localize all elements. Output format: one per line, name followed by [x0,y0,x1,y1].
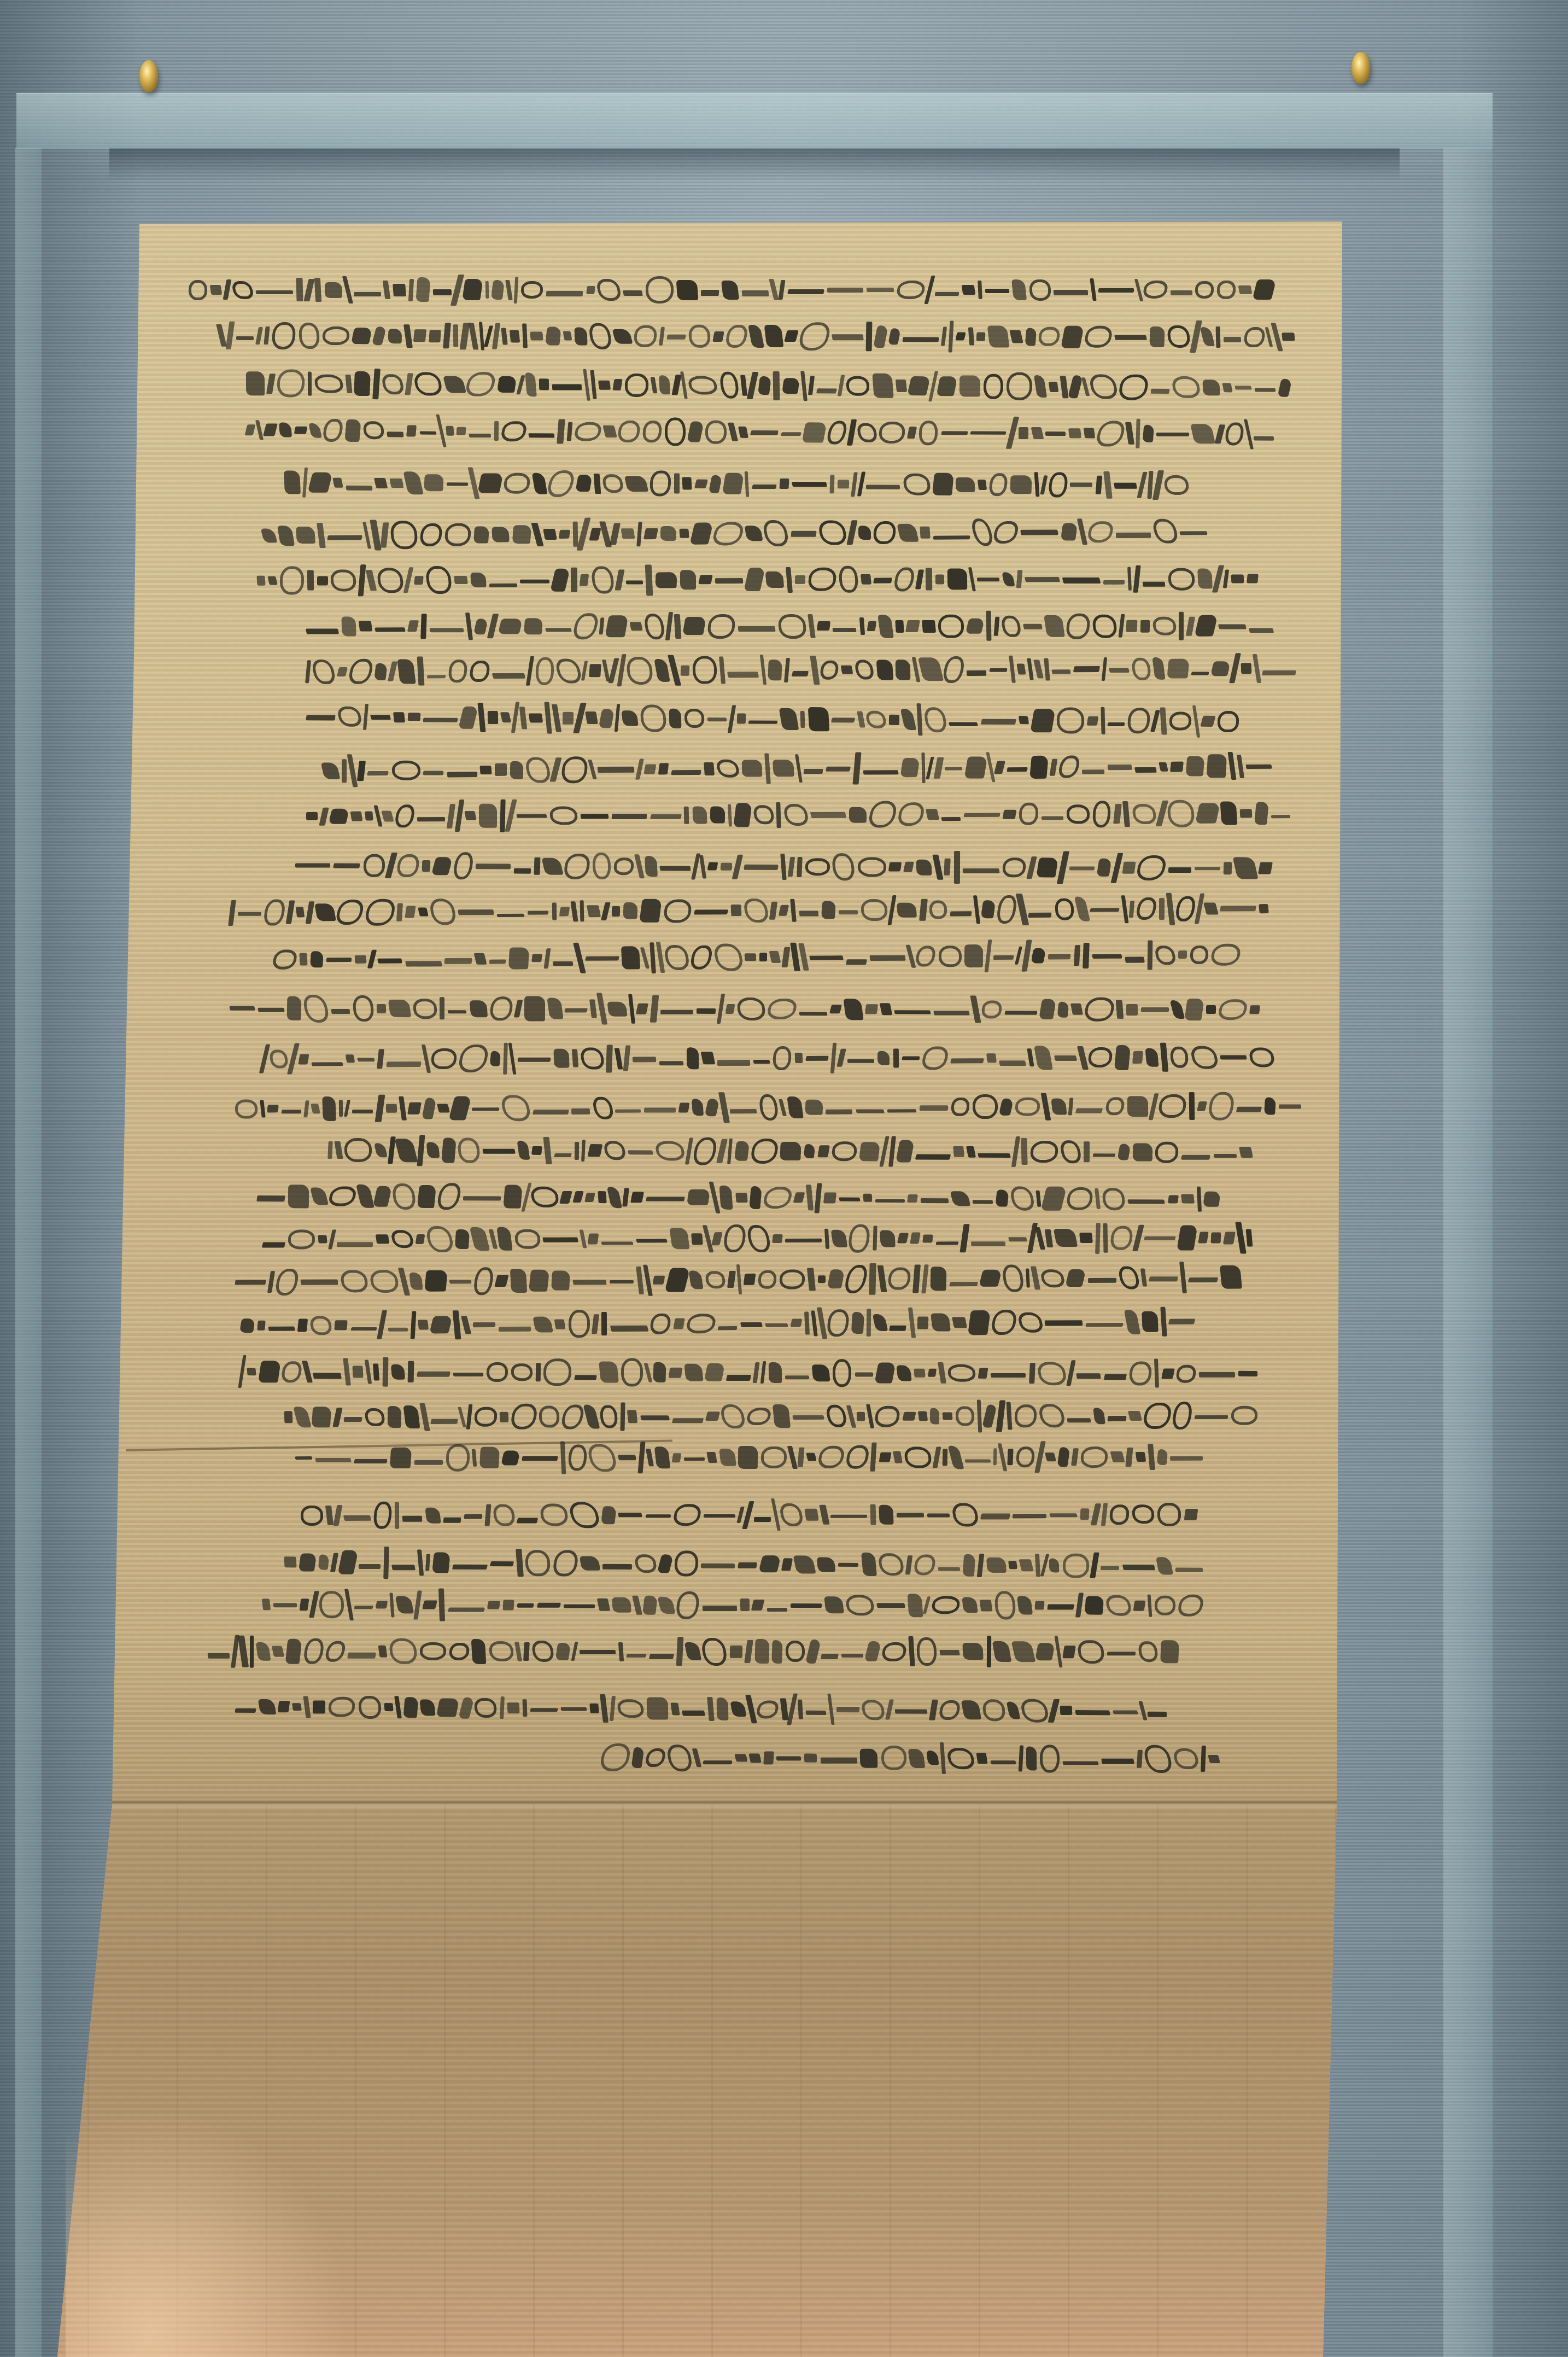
hieratic-glyph [903,1446,932,1468]
hieratic-glyph [947,1364,976,1382]
hieratic-glyph [208,1653,230,1659]
hieratic-glyph [457,1045,490,1073]
hieratic-glyph [530,1187,560,1207]
hieratic-glyph [717,1697,729,1720]
hieratic-glyph [1059,1140,1083,1163]
hieratic-glyph [580,1230,587,1248]
hieratic-glyph [1102,657,1107,681]
hieratic-glyph [443,1518,461,1523]
hieratic-glyph [648,1654,674,1659]
hieratic-glyph [334,863,361,868]
hieratic-glyph [1093,1408,1105,1424]
hieratic-glyph [949,320,954,352]
hieratic-glyph [465,612,473,640]
hieratic-glyph [719,1404,747,1428]
hieratic-glyph [559,907,569,916]
hieratic-glyph [531,1146,542,1155]
hieratic-glyph [268,1049,289,1068]
hieratic-glyph [640,1415,670,1420]
hieratic-glyph [1109,667,1130,672]
hieratic-glyph [790,899,797,922]
hieratic-glyph [1172,1402,1193,1430]
hieratic-glyph [730,1109,757,1113]
hieratic-glyph [489,960,506,964]
hieratic-glyph [346,486,372,491]
hieratic-glyph [347,1653,376,1659]
hieratic-glyph [1121,895,1128,923]
hieratic-glyph [921,1046,950,1070]
hieratic-glyph [344,1417,362,1422]
hieratic-glyph [979,1270,1002,1287]
hieratic-glyph [764,325,783,347]
hieratic-glyph [639,704,667,732]
hieratic-glyph [1177,1226,1197,1251]
hieratic-glyph [1167,658,1189,678]
hieratic-glyph [642,1596,658,1615]
hieratic-glyph [935,574,945,584]
hieratic-glyph [805,1711,826,1715]
hieratic-glyph [1002,857,1027,877]
hieratic-glyph [426,1142,440,1158]
hieratic-glyph [492,673,526,678]
hieratic-glyph [311,1104,320,1113]
hieratic-glyph [1136,419,1140,448]
hieratic-glyph [744,865,778,870]
hieratic-glyph [1198,569,1213,589]
hieratic-glyph [759,953,768,961]
hieratic-glyph [376,568,405,593]
hieratic-glyph [915,1154,951,1159]
hieratic-glyph [707,614,736,639]
hieratic-glyph [928,371,938,401]
hieratic-glyph [1087,1047,1113,1067]
hieratic-glyph [350,1327,377,1331]
hieratic-glyph [1170,1456,1203,1461]
hieratic-glyph [310,1187,329,1205]
hieratic-glyph [1107,1652,1136,1655]
hieratic-glyph [1133,565,1140,593]
hieratic-glyph [1041,1093,1051,1121]
hieratic-glyph [1009,656,1016,683]
hieratic-glyph [280,567,305,595]
hieratic-glyph [880,1230,896,1247]
hieratic-glyph [623,1046,630,1071]
hieratic-glyph [726,1004,735,1014]
hieratic-glyph [372,369,381,399]
hieratic-glyph [1222,383,1233,392]
hieratic-glyph [479,1447,500,1468]
hieratic-glyph [888,895,897,925]
hieratic-glyph [744,1640,753,1663]
hieratic-glyph [534,857,541,875]
hieratic-glyph [824,1228,829,1248]
hieratic-glyph [436,1698,459,1717]
hieratic-glyph [920,527,931,539]
hieratic-glyph [503,1043,508,1075]
hieratic-glyph [418,1320,429,1330]
hieratic-glyph [845,1445,870,1469]
hieratic-glyph [1241,663,1251,674]
hieratic-glyph [216,324,227,347]
hieratic-glyph [482,1149,516,1154]
hieratic-glyph [1246,1229,1253,1246]
hieratic-glyph [921,1264,929,1293]
hieratic-glyph [1040,1554,1049,1577]
hieratic-glyph [1035,1227,1045,1250]
hieratic-glyph [944,859,951,876]
hieratic-glyph [964,944,983,967]
hieratic-glyph [735,1193,747,1203]
hieratic-glyph [848,1224,871,1253]
hieratic-glyph [896,1365,911,1381]
hieratic-glyph [602,1564,632,1570]
hieratic-glyph [806,1185,814,1211]
hieratic-glyph [1114,483,1137,489]
hieratic-glyph [231,1635,239,1668]
hieratic-glyph [583,1404,600,1428]
hieratic-glyph [712,943,744,971]
hieratic-glyph [765,1323,788,1327]
hieratic-glyph [1217,281,1236,299]
hieratic-glyph [755,1700,780,1718]
script-line [284,1397,1257,1437]
hieratic-glyph [564,1008,588,1013]
hieratic-glyph [347,659,375,685]
hieratic-glyph [722,473,744,494]
hieratic-glyph [389,479,403,488]
hieratic-glyph [1155,1141,1179,1163]
hieratic-glyph [497,1227,513,1251]
hieratic-glyph [861,574,871,585]
hieratic-glyph [384,1703,393,1711]
hieratic-glyph [1040,1745,1060,1772]
hieratic-glyph [908,1749,925,1768]
hieratic-glyph [517,1057,551,1061]
acrylic-side-strip-right [1443,148,1494,2357]
hieratic-glyph [1171,290,1192,295]
hieratic-glyph [599,1362,619,1384]
hieratic-glyph [505,280,513,300]
hieratic-glyph [673,1318,685,1329]
hieratic-glyph [772,1234,783,1243]
hieratic-glyph [407,621,419,632]
hieratic-glyph [554,658,583,683]
hieratic-glyph [724,325,749,348]
hieratic-glyph [885,1700,894,1720]
hieratic-glyph [798,1700,803,1719]
hieratic-glyph [712,1232,723,1245]
hieratic-glyph [650,995,658,1023]
hieratic-glyph [510,761,523,779]
hieratic-glyph [807,1268,816,1291]
hieratic-glyph [1151,519,1180,544]
hieratic-glyph [808,568,837,591]
hieratic-glyph [710,807,725,824]
hieratic-glyph [362,421,385,439]
hieratic-glyph [311,660,337,684]
hieratic-glyph [880,1003,892,1015]
hieratic-glyph [846,959,867,965]
hieratic-glyph [1083,997,1115,1022]
hieratic-glyph [1207,755,1227,778]
hieratic-glyph [753,1362,760,1383]
hieratic-glyph [590,566,615,593]
hieratic-glyph [839,1198,861,1202]
hieratic-glyph [573,422,602,441]
hieratic-glyph [966,1146,976,1157]
hieratic-glyph [921,1198,949,1204]
hieratic-glyph [628,1150,653,1154]
hieratic-glyph [301,1280,338,1286]
hieratic-glyph [1019,1559,1033,1571]
hieratic-glyph [531,473,547,494]
hieratic-glyph [1128,1411,1142,1421]
hieratic-glyph [525,1550,551,1576]
hieratic-glyph [950,912,972,917]
hieratic-glyph [1271,815,1290,818]
hieratic-glyph [699,855,706,878]
hieratic-glyph [1234,386,1252,389]
hieratic-glyph [873,325,888,348]
hieratic-glyph [342,617,356,637]
hieratic-glyph [1127,567,1132,591]
hieratic-glyph [1154,1359,1159,1388]
hieratic-glyph [820,660,840,679]
hieratic-glyph [292,1703,302,1711]
hieratic-glyph [644,1108,676,1113]
hieratic-glyph [287,996,302,1020]
hieratic-glyph [888,862,902,872]
hieratic-glyph [618,1513,642,1517]
hieratic-glyph [787,289,824,294]
hieratic-glyph [417,1135,425,1166]
hieratic-glyph [583,369,590,401]
hieratic-glyph [521,1182,531,1211]
hieratic-glyph [263,424,278,436]
hieratic-glyph [631,1747,645,1768]
hieratic-glyph [271,322,296,349]
hieratic-glyph [497,376,517,393]
hieratic-glyph [1021,1138,1028,1165]
hieratic-glyph [643,614,665,639]
hieratic-glyph [857,1412,865,1421]
hieratic-glyph [817,521,848,545]
hieratic-glyph [986,1053,997,1063]
hieratic-glyph [782,378,800,394]
hieratic-glyph [1140,1269,1146,1287]
hieratic-glyph [523,1642,530,1661]
hieratic-glyph [1080,1509,1090,1520]
hieratic-glyph [589,1703,599,1713]
hieratic-glyph [1029,1363,1035,1384]
hieratic-glyph [1229,654,1241,684]
hieratic-glyph [1026,1747,1037,1771]
hieratic-glyph [533,1316,553,1332]
hieratic-glyph [469,323,479,349]
hieratic-glyph [684,709,705,728]
hieratic-glyph [257,1321,266,1331]
hieratic-glyph [459,323,470,349]
hieratic-glyph [1045,1320,1083,1326]
hieratic-glyph [1220,906,1256,912]
hieratic-glyph [223,280,232,300]
hieratic-glyph [1124,1309,1141,1334]
hieratic-glyph [622,710,639,726]
hieratic-glyph [513,868,531,874]
hieratic-glyph [982,1699,1006,1721]
hieratic-glyph [1126,1448,1133,1467]
hieratic-glyph [747,372,758,399]
hieratic-glyph [956,1407,975,1426]
hieratic-glyph [811,1310,818,1336]
hieratic-glyph [1040,1269,1066,1287]
hieratic-glyph [373,1363,380,1380]
hieratic-glyph [299,1553,317,1571]
hieratic-glyph [581,1140,586,1162]
hieratic-glyph [1035,1643,1055,1660]
script-line [246,411,1274,453]
hieratic-glyph [419,1403,430,1431]
hieratic-glyph [386,1104,397,1113]
hieratic-glyph [1252,279,1276,300]
hieratic-glyph [568,1310,589,1339]
hieratic-glyph [1075,1710,1110,1715]
hieratic-glyph [363,704,368,730]
hieratic-glyph [859,1142,880,1161]
hieratic-glyph [1040,475,1048,494]
hieratic-glyph [705,1271,726,1288]
hieratic-glyph [321,763,341,779]
hieratic-glyph [516,1549,524,1577]
hieratic-glyph [267,1105,279,1112]
hieratic-glyph [470,1227,490,1251]
hieratic-glyph [643,528,658,539]
hieratic-glyph [1076,1373,1102,1379]
hieratic-glyph [302,468,308,498]
hieratic-glyph [552,903,556,920]
hieratic-glyph [1177,1595,1205,1617]
hieratic-glyph [1186,616,1195,635]
hieratic-glyph [500,1450,520,1465]
hieratic-glyph [1015,894,1028,925]
hieratic-glyph [999,1099,1014,1116]
hieratic-glyph [607,1187,622,1208]
hieratic-glyph [760,655,767,685]
hieratic-glyph [1255,388,1276,392]
hieratic-glyph [797,857,802,877]
hieratic-glyph [905,620,920,632]
hieratic-glyph [403,567,414,593]
hieratic-glyph [688,325,711,348]
hieratic-glyph [1179,611,1184,640]
hieratic-glyph [1164,475,1190,495]
hieratic-glyph [500,421,528,441]
hieratic-glyph [1148,1711,1167,1717]
script-line [235,1258,1241,1302]
hieratic-glyph [354,1606,373,1609]
hieratic-glyph [1197,1101,1207,1111]
hieratic-glyph [832,334,863,340]
hieratic-glyph [1077,1640,1105,1664]
hieratic-glyph [808,376,815,395]
hieratic-glyph [752,484,777,488]
hieratic-glyph [397,659,416,684]
hieratic-glyph [559,530,570,539]
hieratic-glyph [403,471,423,494]
hieratic-glyph [776,1757,801,1761]
hieratic-glyph [659,376,670,395]
hieratic-glyph [298,323,320,349]
hieratic-glyph [717,1060,750,1066]
hieratic-glyph [1067,1419,1091,1423]
hieratic-glyph [815,1183,822,1213]
hieratic-glyph [978,1368,988,1379]
hieratic-glyph [664,1268,690,1292]
acrylic-bar-shadow [109,148,1400,180]
hieratic-glyph [703,1761,732,1765]
hieratic-glyph [383,1547,389,1579]
hieratic-glyph [443,323,451,349]
hieratic-glyph [1027,658,1033,680]
hieratic-glyph [453,325,458,347]
hieratic-glyph [777,614,807,639]
hieratic-glyph [417,657,425,686]
hieratic-glyph [701,290,719,296]
hieratic-glyph [894,1011,931,1014]
hieratic-glyph [895,380,906,393]
hieratic-glyph [821,1654,838,1659]
script-line [306,697,1296,740]
hieratic-glyph [589,999,597,1018]
hieratic-glyph [416,1234,425,1244]
hieratic-glyph [390,1230,415,1248]
hieratic-glyph [676,280,699,300]
hieratic-glyph [642,421,662,442]
hieratic-glyph [826,1110,853,1115]
hieratic-glyph [949,722,979,726]
hieratic-glyph [943,1412,953,1420]
hieratic-glyph [786,567,793,593]
hieratic-glyph [829,475,834,493]
hieratic-glyph [1034,375,1048,398]
hieratic-glyph [852,752,861,784]
hieratic-glyph [723,1225,747,1253]
hieratic-glyph [752,806,775,825]
hieratic-glyph [766,999,798,1019]
hieratic-glyph [956,477,975,492]
hieratic-glyph [744,1274,756,1286]
hieratic-glyph [585,1193,596,1202]
hieratic-glyph [1062,1553,1089,1578]
hieratic-glyph [354,1458,388,1463]
hieratic-glyph [419,523,443,547]
hieratic-glyph [838,375,845,396]
hieratic-glyph [765,571,785,588]
hieratic-glyph [1051,1099,1067,1115]
hieratic-glyph [1157,1503,1181,1526]
hieratic-glyph [935,1241,958,1245]
hieratic-glyph [359,1564,381,1569]
hieratic-glyph [817,621,830,631]
hieratic-glyph [1036,857,1058,877]
hieratic-glyph [826,1309,850,1337]
hieratic-glyph [330,1553,338,1572]
script-line [273,935,1274,978]
hieratic-glyph [729,1646,742,1658]
hieratic-glyph [674,474,680,494]
hieratic-glyph [280,1361,303,1382]
hieratic-glyph [727,1138,733,1164]
